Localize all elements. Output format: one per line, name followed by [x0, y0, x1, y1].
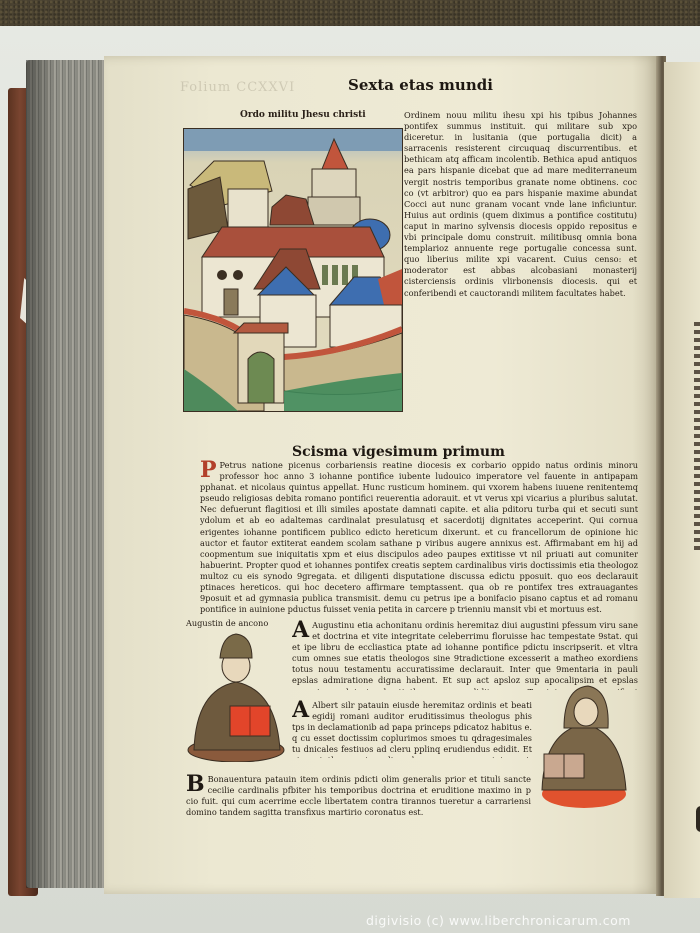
city-woodcut-art: [184, 129, 402, 411]
facing-page-ornament: [696, 806, 700, 832]
monk-with-red-book-art: [186, 630, 286, 762]
running-head: Sexta etas mundi: [348, 76, 493, 94]
augustinus-text: Augustinu etia achonitanu ordinis heremi…: [292, 620, 638, 690]
ordo-paragraph: Ordinem nouu militu ihesu xpi his tpibus…: [404, 110, 637, 299]
margin-note-augustin: Augustin de ancono: [186, 618, 286, 629]
initial-p-red: P: [200, 460, 217, 480]
portrait-albertus: [534, 682, 630, 810]
initial-a-albert: A: [292, 700, 309, 720]
woodcut-caption: Ordo militu Jhesu christi: [240, 110, 366, 120]
watermark: digivisio (c) www.liberchronicarum.com: [366, 913, 631, 928]
carpet-background: [0, 0, 700, 27]
city-woodcut: [183, 128, 403, 412]
petrus-paragraph: P Petrus natione picenus corbariensis re…: [200, 460, 638, 618]
facing-page-text: [694, 322, 700, 552]
petrus-text: Petrus natione picenus corbariensis reat…: [200, 460, 638, 614]
page-edges-stack: [26, 60, 106, 888]
bonauentura-paragraph: B Bonauentura patauin item ordinis pdict…: [186, 774, 531, 824]
right-column-text: Ordinem nouu militu ihesu xpi his tpibus…: [404, 110, 637, 299]
show-through-folio: Folium CCXXVI: [180, 80, 295, 95]
hooded-monk-with-book-art: [534, 682, 630, 810]
section-title: Scisma vigesimum primum: [292, 444, 505, 460]
initial-b: B: [186, 774, 205, 794]
initial-a: A: [292, 620, 309, 640]
facing-page-edge: [664, 62, 700, 898]
portrait-augustinus: [186, 630, 286, 762]
albertus-paragraph: A Albert silr patauin eiusde heremitaz o…: [292, 700, 532, 758]
bonauentura-text: Bonauentura patauin item ordinis pdicti …: [186, 774, 531, 817]
albertus-text: Albert silr patauin eiusde heremitaz ord…: [292, 700, 532, 758]
augustinus-paragraph: A Augustinu etia achonitanu ordinis here…: [292, 620, 638, 690]
